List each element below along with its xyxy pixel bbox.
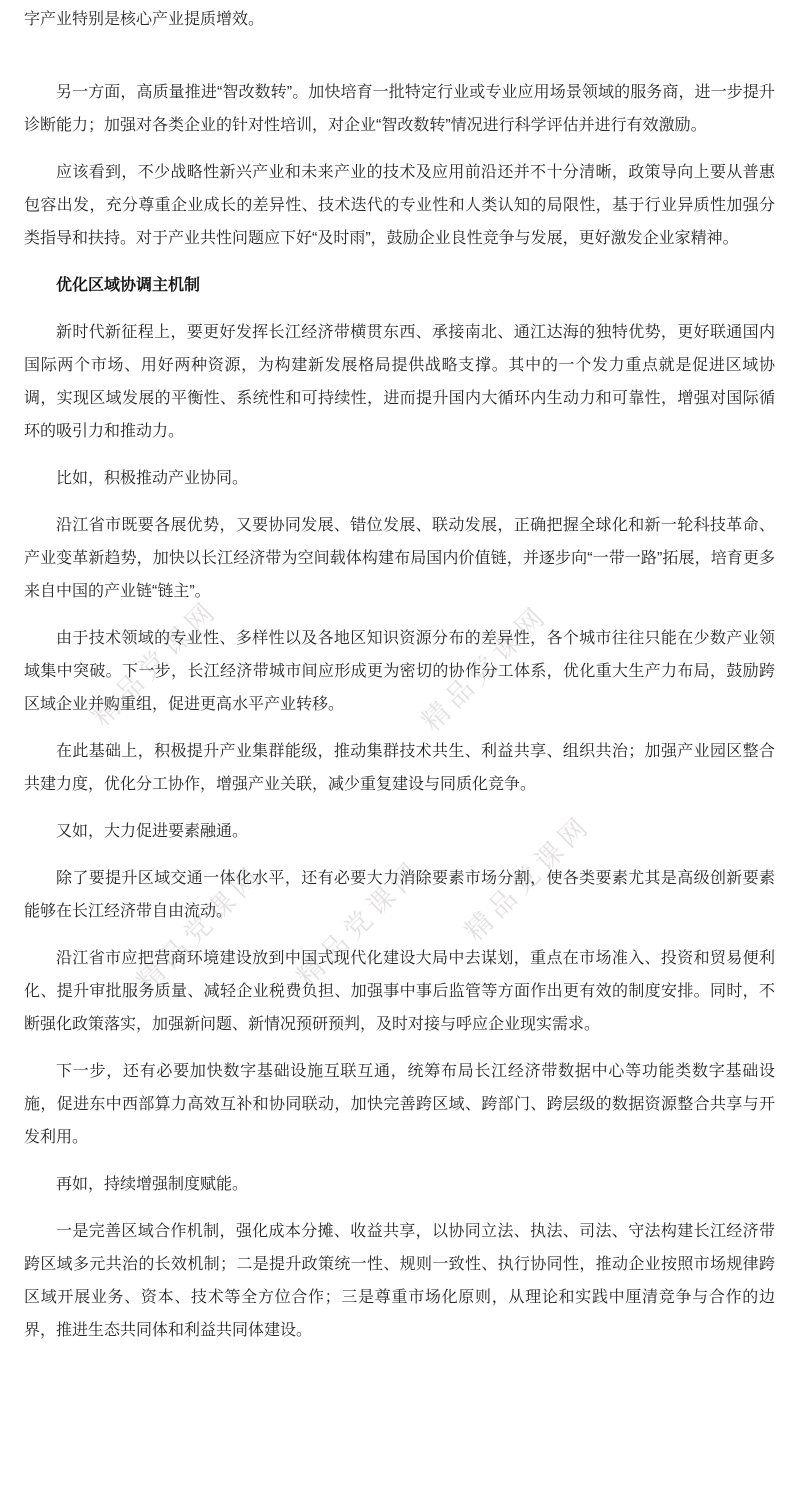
paragraph: 一是完善区域合作机制，强化成本分摊、收益共享，以协同立法、执法、司法、守法构建长… <box>24 1215 775 1347</box>
paragraph: 下一步，还有必要加快数字基础设施互联互通，统筹布局长江经济带数据中心等功能类数字… <box>24 1055 775 1154</box>
paragraph: 新时代新征程上，要更好发挥长江经济带横贯东西、承接南北、通江达海的独特优势，更好… <box>24 316 775 448</box>
section-heading: 优化区域协调主机制 <box>24 269 775 302</box>
paragraph-continuation: 字产业特别是核心产业提质增效。 <box>24 3 775 36</box>
paragraph: 在此基础上，积极提升产业集群能级，推动集群技术共生、利益共享、组织共治；加强产业… <box>24 735 775 801</box>
article-body: 字产业特别是核心产业提质增效。 另一方面，高质量推进“智改数转”。加快培育一批特… <box>0 0 800 1347</box>
paragraph: 比如，积极推动产业协同。 <box>24 462 775 495</box>
paragraph: 由于技术领域的专业性、多样性以及各地区知识资源分布的差异性，各个城市往往只能在少… <box>24 622 775 721</box>
paragraph: 另一方面，高质量推进“智改数转”。加快培育一批特定行业或专业应用场景领域的服务商… <box>24 76 775 142</box>
paragraph: 再如，持续增强制度赋能。 <box>24 1168 775 1201</box>
paragraph: 应该看到，不少战略性新兴产业和未来产业的技术及应用前沿还并不十分清晰，政策导向上… <box>24 156 775 255</box>
paragraph: 又如，大力促进要素融通。 <box>24 815 775 848</box>
document-page: 精品党课网 精品党课网 精品党课网 精品党课网 精品党课网 字产业特别是核心产业… <box>0 0 800 1503</box>
paragraph: 除了要提升区域交通一体化水平，还有必要大力消除要素市场分割，使各类要素尤其是高级… <box>24 862 775 928</box>
paragraph: 沿江省市既要各展优势，又要协同发展、错位发展、联动发展，正确把握全球化和新一轮科… <box>24 509 775 608</box>
paragraph: 沿江省市应把营商环境建设放到中国式现代化建设大局中去谋划，重点在市场准入、投资和… <box>24 942 775 1041</box>
